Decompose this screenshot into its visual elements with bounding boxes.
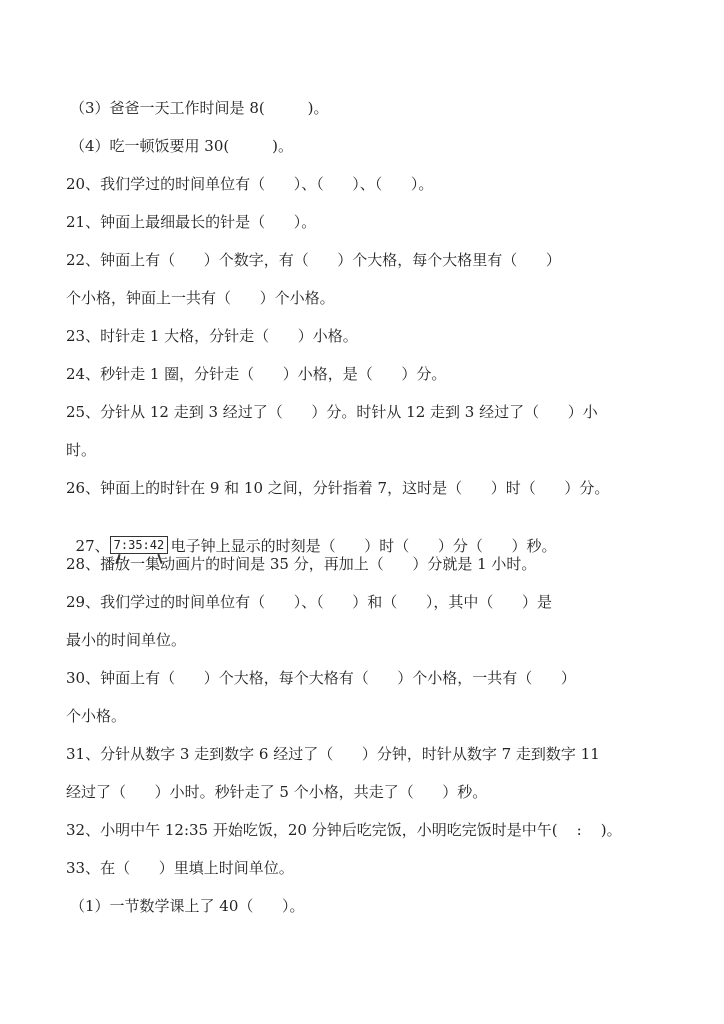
question-line: 30、钟面上有（ ）个大格，每个大格有（ ）个小格，一共有（ ）	[66, 668, 576, 688]
question-line: 26、钟面上的时针在 9 和 10 之间，分针指着 7，这时是（ ）时（ ）分。	[66, 478, 609, 498]
question-line: 最小的时间单位。	[66, 630, 186, 650]
question-line: （3）爸爸一天工作时间是 8( )。	[70, 98, 328, 118]
question-line: 28、播放一集动画片的时间是 35 分，再加上（ ）分就是 1 小时。	[66, 554, 536, 574]
question-line: 20、我们学过的时间单位有（ ）、（ ）、（ ）。	[66, 174, 433, 194]
question-27: 27、7:35:42电子钟上显示的时刻是（ ）时（ ）分（ ）秒。	[66, 516, 556, 556]
question-line: 个小格，钟面上一共有（ ）个小格。	[66, 288, 335, 308]
question-line: 29、我们学过的时间单位有（ ）、（ ）和（ ），其中（ ）是	[66, 592, 552, 612]
question-line: 经过了（ ）小时。秒针走了 5 个小格，共走了（ ）秒。	[66, 782, 487, 802]
question-line: 时。	[66, 440, 96, 460]
clock-display-text: 7:35:42	[114, 538, 165, 552]
question-line: 个小格。	[66, 706, 126, 726]
question-line: 23、时针走 1 大格，分针走（ ）小格。	[66, 326, 358, 346]
digital-clock-image: 7:35:42	[110, 536, 168, 554]
question-line: （4）吃一顿饭要用 30( )。	[70, 136, 293, 156]
question-27-text: 电子钟上显示的时刻是（ ）时（ ）分（ ）秒。	[171, 537, 557, 555]
question-line: 24、秒针走 1 圈，分针走（ ）小格，是（ ）分。	[66, 364, 446, 384]
question-line: 33、在（ ）里填上时间单位。	[66, 858, 294, 878]
question-line: 25、分针从 12 走到 3 经过了（ ）分。时针从 12 走到 3 经过了（ …	[66, 402, 598, 422]
question-line: 31、分针从数字 3 走到数字 6 经过了（ ）分钟，时针从数字 7 走到数字 …	[66, 744, 600, 764]
question-line: 22、钟面上有（ ）个数字，有（ ）个大格，每个大格里有（ ）	[66, 250, 561, 270]
question-line: 21、钟面上最细最长的针是（ ）。	[66, 212, 316, 232]
question-line: 32、小明中午 12:35 开始吃饭，20 分钟后吃完饭，小明吃完饭时是中午( …	[66, 820, 622, 840]
question-line: （1）一节数学课上了 40（ ）。	[70, 896, 305, 916]
question-27-number: 27、	[76, 537, 110, 555]
